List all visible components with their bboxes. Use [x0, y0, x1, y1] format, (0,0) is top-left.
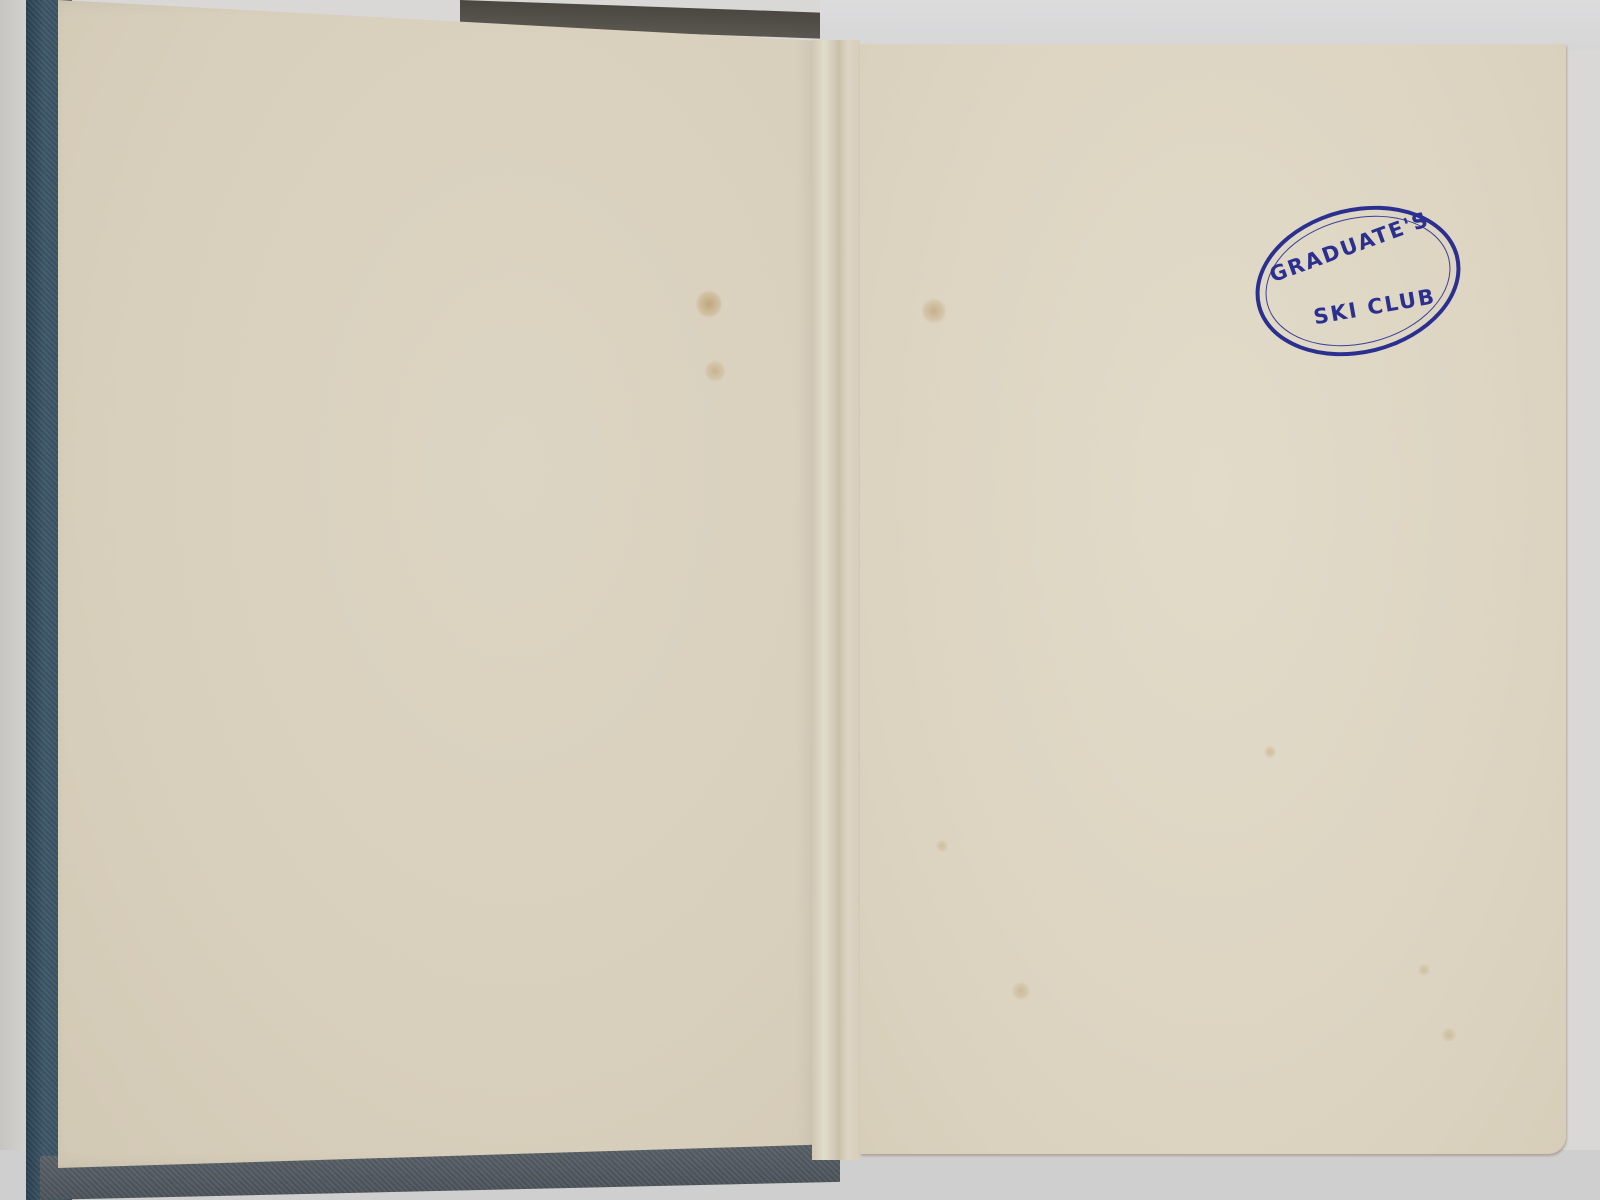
foxing-spot [696, 290, 722, 318]
left-endpaper [58, 0, 818, 1168]
background-wall-left [0, 0, 26, 1200]
foxing-spot [1418, 964, 1430, 976]
right-flyleaf [860, 44, 1566, 1154]
foxing-spot [1264, 746, 1276, 758]
foxing-spot [705, 360, 725, 382]
foxing-spot [1442, 1028, 1456, 1042]
book-gutter [812, 40, 860, 1160]
foxing-spot [922, 298, 946, 324]
foxing-spot [1012, 982, 1030, 1000]
background-wall-top [820, 0, 1600, 50]
foxing-spot [936, 840, 948, 852]
